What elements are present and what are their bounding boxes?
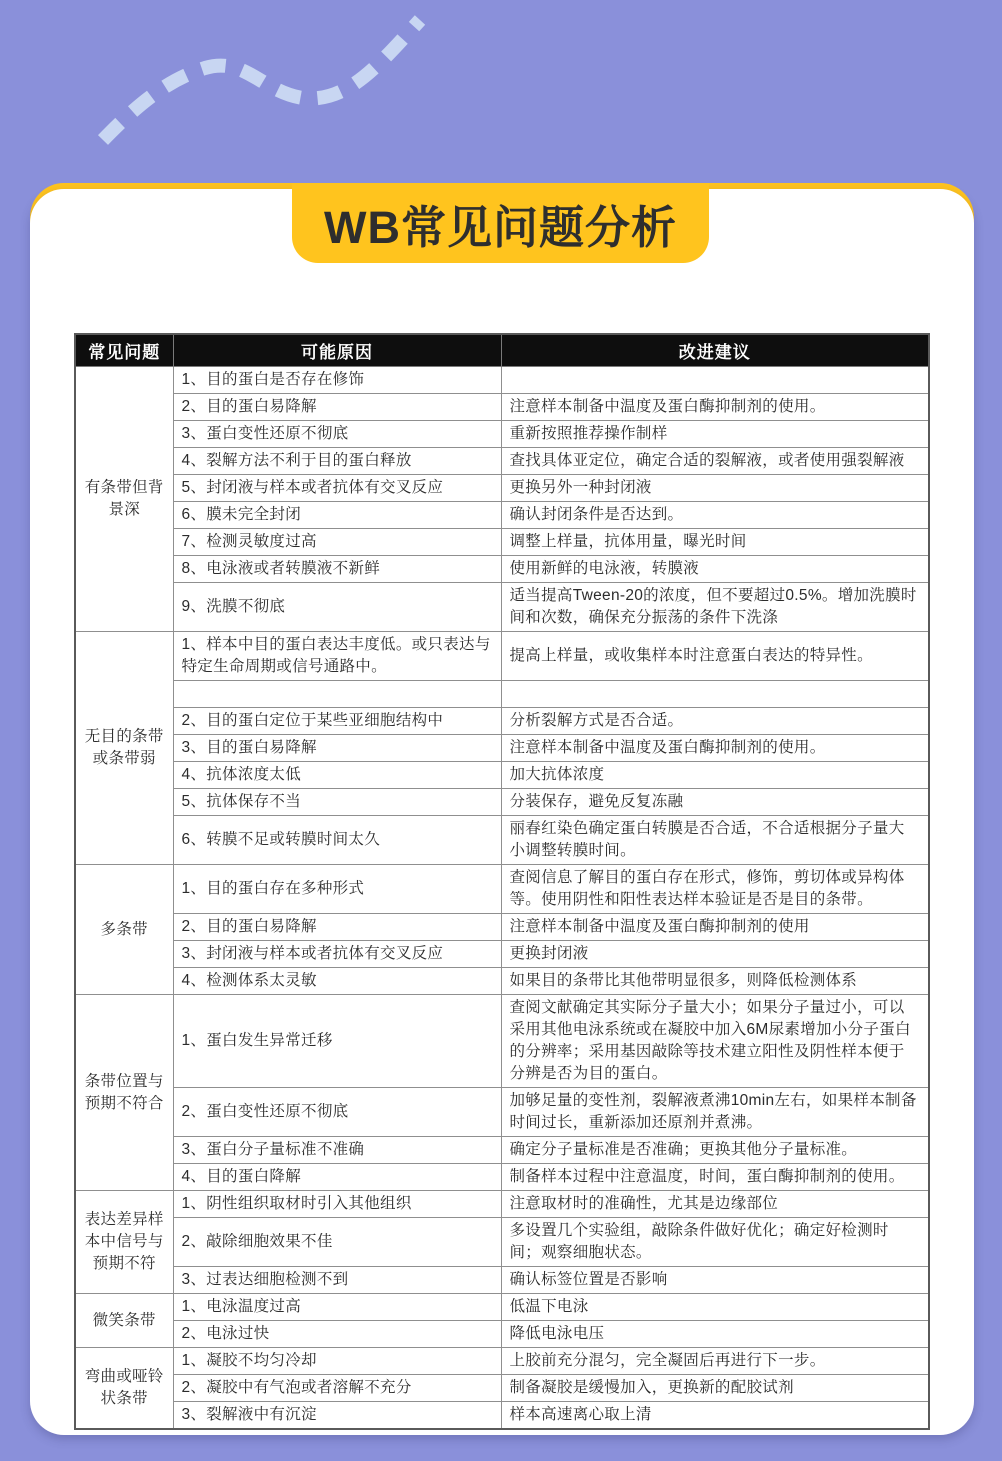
suggestion-cell: 注意取材时的准确性，尤其是边缘部位: [501, 1191, 929, 1218]
table-row: 3、封闭液与样本或者抗体有交叉反应更换封闭液: [75, 941, 929, 968]
suggestion-cell: 更换另外一种封闭液: [501, 475, 929, 502]
table-row: 2、凝胶中有气泡或者溶解不充分制备凝胶是缓慢加入，更换新的配胶试剂: [75, 1375, 929, 1402]
suggestion-cell: 多设置几个实验组，敲除条件做好优化；确定好检测时间；观察细胞状态。: [501, 1218, 929, 1267]
cause-cell: 1、凝胶不均匀冷却: [173, 1348, 501, 1375]
suggestion-cell: 制备样本过程中注意温度，时间，蛋白酶抑制剂的使用。: [501, 1164, 929, 1191]
cause-cell: 3、目的蛋白易降解: [173, 735, 501, 762]
cause-cell: 9、洗膜不彻底: [173, 583, 501, 632]
table-row: 4、抗体浓度太低加大抗体浓度: [75, 762, 929, 789]
cause-cell: 1、蛋白发生异常迁移: [173, 995, 501, 1088]
cause-cell: 1、样本中目的蛋白表达丰度低。或只表达与特定生命周期或信号通路中。: [173, 632, 501, 681]
cause-cell: 6、膜未完全封闭: [173, 502, 501, 529]
cause-cell: 1、阴性组织取材时引入其他组织: [173, 1191, 501, 1218]
suggestion-cell: 加够足量的变性剂，裂解液煮沸10min左右，如果样本制备时间过长，重新添加还原剂…: [501, 1088, 929, 1137]
suggestion-cell: 查阅文献确定其实际分子量大小；如果分子量过小，可以采用其他电泳系统或在凝胶中加入…: [501, 995, 929, 1088]
cause-cell: [173, 681, 501, 708]
cause-cell: 5、抗体保存不当: [173, 789, 501, 816]
column-header: 可能原因: [173, 334, 501, 367]
suggestion-cell: 样本高速离心取上清: [501, 1402, 929, 1430]
suggestion-cell: 更换封闭液: [501, 941, 929, 968]
problem-cell: 无目的条带或条带弱: [75, 632, 173, 865]
cause-cell: 4、检测体系太灵敏: [173, 968, 501, 995]
suggestion-cell: 如果目的条带比其他带明显很多，则降低检测体系: [501, 968, 929, 995]
suggestion-cell: 丽春红染色确定蛋白转膜是否合适，不合适根据分子量大小调整转膜时间。: [501, 816, 929, 865]
table-row: [75, 681, 929, 708]
table-row: 8、电泳液或者转膜液不新鲜使用新鲜的电泳液，转膜液: [75, 556, 929, 583]
cause-cell: 4、抗体浓度太低: [173, 762, 501, 789]
table-row: 5、抗体保存不当分装保存，避免反复冻融: [75, 789, 929, 816]
table-row: 4、目的蛋白降解制备样本过程中注意温度，时间，蛋白酶抑制剂的使用。: [75, 1164, 929, 1191]
table-row: 4、裂解方法不利于目的蛋白释放查找具体亚定位，确定合适的裂解液，或者使用强裂解液: [75, 448, 929, 475]
suggestion-cell: 调整上样量，抗体用量，曝光时间: [501, 529, 929, 556]
suggestion-cell: 重新按照推荐操作制样: [501, 421, 929, 448]
table-row: 5、封闭液与样本或者抗体有交叉反应更换另外一种封闭液: [75, 475, 929, 502]
problem-cell: 有条带但背景深: [75, 367, 173, 632]
problem-cell: 多条带: [75, 865, 173, 995]
table-row: 有条带但背景深1、目的蛋白是否存在修饰: [75, 367, 929, 394]
table-row: 6、转膜不足或转膜时间太久丽春红染色确定蛋白转膜是否合适，不合适根据分子量大小调…: [75, 816, 929, 865]
table-row: 3、裂解液中有沉淀样本高速离心取上清: [75, 1402, 929, 1430]
cause-cell: 3、蛋白变性还原不彻底: [173, 421, 501, 448]
table-row: 4、检测体系太灵敏如果目的条带比其他带明显很多，则降低检测体系: [75, 968, 929, 995]
suggestion-cell: 注意样本制备中温度及蛋白酶抑制剂的使用。: [501, 735, 929, 762]
cause-cell: 2、凝胶中有气泡或者溶解不充分: [173, 1375, 501, 1402]
table-row: 7、检测灵敏度过高调整上样量，抗体用量，曝光时间: [75, 529, 929, 556]
suggestion-cell: 注意样本制备中温度及蛋白酶抑制剂的使用: [501, 914, 929, 941]
cause-cell: 4、目的蛋白降解: [173, 1164, 501, 1191]
suggestion-cell: 确认封闭条件是否达到。: [501, 502, 929, 529]
problem-cell: 条带位置与预期不符合: [75, 995, 173, 1191]
table-row: 2、目的蛋白易降解注意样本制备中温度及蛋白酶抑制剂的使用: [75, 914, 929, 941]
table-row: 2、敲除细胞效果不佳多设置几个实验组，敲除条件做好优化；确定好检测时间；观察细胞…: [75, 1218, 929, 1267]
cause-cell: 3、裂解液中有沉淀: [173, 1402, 501, 1430]
suggestion-cell: 确定分子量标准是否准确；更换其他分子量标准。: [501, 1137, 929, 1164]
suggestion-cell: 分装保存，避免反复冻融: [501, 789, 929, 816]
table-head: 常见问题可能原因改进建议: [75, 334, 929, 367]
table-row: 无目的条带或条带弱1、样本中目的蛋白表达丰度低。或只表达与特定生命周期或信号通路…: [75, 632, 929, 681]
table-row: 2、电泳过快降低电泳电压: [75, 1321, 929, 1348]
cause-cell: 2、目的蛋白定位于某些亚细胞结构中: [173, 708, 501, 735]
table-row: 条带位置与预期不符合1、蛋白发生异常迁移查阅文献确定其实际分子量大小；如果分子量…: [75, 995, 929, 1088]
cause-cell: 1、电泳温度过高: [173, 1294, 501, 1321]
table-row: 2、蛋白变性还原不彻底加够足量的变性剂，裂解液煮沸10min左右，如果样本制备时…: [75, 1088, 929, 1137]
column-header: 常见问题: [75, 334, 173, 367]
cause-cell: 2、电泳过快: [173, 1321, 501, 1348]
cause-cell: 8、电泳液或者转膜液不新鲜: [173, 556, 501, 583]
cause-cell: 2、蛋白变性还原不彻底: [173, 1088, 501, 1137]
table-row: 表达差异样本中信号与预期不符1、阴性组织取材时引入其他组织注意取材时的准确性，尤…: [75, 1191, 929, 1218]
suggestion-cell: 使用新鲜的电泳液，转膜液: [501, 556, 929, 583]
table-body: 有条带但背景深1、目的蛋白是否存在修饰2、目的蛋白易降解注意样本制备中温度及蛋白…: [75, 367, 929, 1430]
table-header-row: 常见问题可能原因改进建议: [75, 334, 929, 367]
cause-cell: 2、敲除细胞效果不佳: [173, 1218, 501, 1267]
suggestion-cell: 查阅信息了解目的蛋白存在形式，修饰，剪切体或异构体等。使用阴性和阳性表达样本验证…: [501, 865, 929, 914]
problem-cell: 微笑条带: [75, 1294, 173, 1348]
cause-cell: 3、过表达细胞检测不到: [173, 1267, 501, 1294]
column-header: 改进建议: [501, 334, 929, 367]
dashed-wave-icon: [0, 0, 520, 170]
table-row: 3、蛋白分子量标准不准确确定分子量标准是否准确；更换其他分子量标准。: [75, 1137, 929, 1164]
table-row: 弯曲或哑铃状条带1、凝胶不均匀冷却上胶前充分混匀，完全凝固后再进行下一步。: [75, 1348, 929, 1375]
suggestion-cell: 注意样本制备中温度及蛋白酶抑制剂的使用。: [501, 394, 929, 421]
table-row: 微笑条带1、电泳温度过高低温下电泳: [75, 1294, 929, 1321]
table-row: 3、过表达细胞检测不到确认标签位置是否影响: [75, 1267, 929, 1294]
suggestion-cell: 加大抗体浓度: [501, 762, 929, 789]
suggestion-cell: 上胶前充分混匀，完全凝固后再进行下一步。: [501, 1348, 929, 1375]
cause-cell: 7、检测灵敏度过高: [173, 529, 501, 556]
suggestion-cell: [501, 367, 929, 394]
problem-cell: 表达差异样本中信号与预期不符: [75, 1191, 173, 1294]
page-background: { "title": "WB常见问题分析", "colors": { "page…: [0, 0, 1002, 1461]
suggestion-cell: 制备凝胶是缓慢加入，更换新的配胶试剂: [501, 1375, 929, 1402]
table-row: 3、目的蛋白易降解注意样本制备中温度及蛋白酶抑制剂的使用。: [75, 735, 929, 762]
table-row: 6、膜未完全封闭确认封闭条件是否达到。: [75, 502, 929, 529]
suggestion-cell: 适当提高Tween-20的浓度，但不要超过0.5%。增加洗膜时间和次数，确保充分…: [501, 583, 929, 632]
cause-cell: 5、封闭液与样本或者抗体有交叉反应: [173, 475, 501, 502]
suggestion-cell: [501, 681, 929, 708]
cause-cell: 1、目的蛋白是否存在修饰: [173, 367, 501, 394]
suggestion-cell: 提高上样量，或收集样本时注意蛋白表达的特异性。: [501, 632, 929, 681]
suggestion-cell: 降低电泳电压: [501, 1321, 929, 1348]
suggestion-cell: 分析裂解方式是否合适。: [501, 708, 929, 735]
cause-cell: 3、蛋白分子量标准不准确: [173, 1137, 501, 1164]
cause-cell: 4、裂解方法不利于目的蛋白释放: [173, 448, 501, 475]
problem-cell: 弯曲或哑铃状条带: [75, 1348, 173, 1430]
cause-cell: 3、封闭液与样本或者抗体有交叉反应: [173, 941, 501, 968]
page-title: WB常见问题分析: [324, 191, 677, 256]
cause-cell: 2、目的蛋白易降解: [173, 394, 501, 421]
table-row: 3、蛋白变性还原不彻底重新按照推荐操作制样: [75, 421, 929, 448]
cause-cell: 6、转膜不足或转膜时间太久: [173, 816, 501, 865]
cause-cell: 2、目的蛋白易降解: [173, 914, 501, 941]
suggestion-cell: 确认标签位置是否影响: [501, 1267, 929, 1294]
table-row: 2、目的蛋白易降解注意样本制备中温度及蛋白酶抑制剂的使用。: [75, 394, 929, 421]
table-row: 2、目的蛋白定位于某些亚细胞结构中分析裂解方式是否合适。: [75, 708, 929, 735]
table-row: 多条带1、目的蛋白存在多种形式查阅信息了解目的蛋白存在形式，修饰，剪切体或异构体…: [75, 865, 929, 914]
suggestion-cell: 低温下电泳: [501, 1294, 929, 1321]
suggestion-cell: 查找具体亚定位，确定合适的裂解液，或者使用强裂解液: [501, 448, 929, 475]
title-badge: WB常见问题分析: [292, 183, 709, 263]
table-row: 9、洗膜不彻底适当提高Tween-20的浓度，但不要超过0.5%。增加洗膜时间和…: [75, 583, 929, 632]
problems-table: 常见问题可能原因改进建议 有条带但背景深1、目的蛋白是否存在修饰2、目的蛋白易降…: [74, 333, 930, 1430]
cause-cell: 1、目的蛋白存在多种形式: [173, 865, 501, 914]
